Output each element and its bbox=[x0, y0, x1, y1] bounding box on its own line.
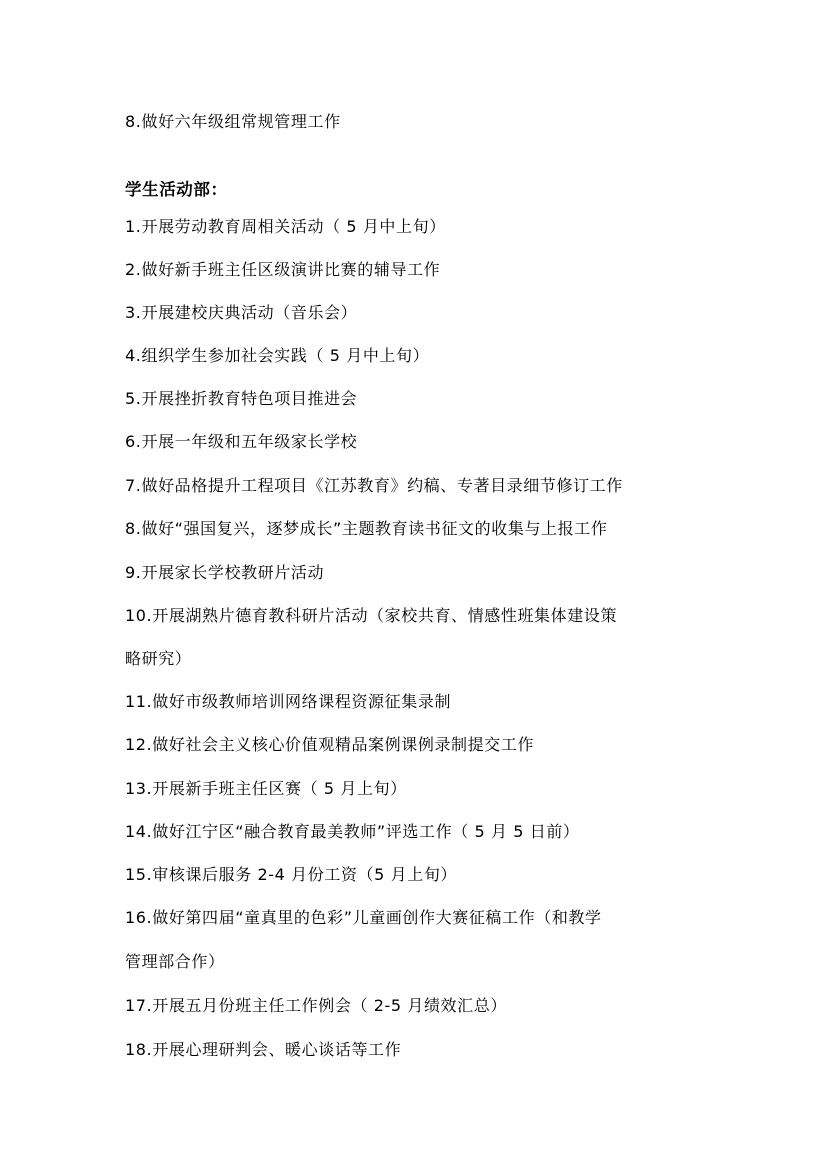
list-item: 9.开展家长学校教研片活动 bbox=[125, 563, 324, 583]
list-item: 16.做好第四届“童真里的色彩”儿童画创作大赛征稿工作（和教学 bbox=[125, 908, 602, 928]
list-item: 13.开展新手班主任区赛（ 5 月上旬） bbox=[125, 779, 407, 799]
list-item: 1.开展劳动教育周相关活动（ 5 月中上旬） bbox=[125, 217, 446, 237]
list-item: 3.开展建校庆典活动（音乐会） bbox=[125, 303, 357, 323]
list-item: 10.开展湖熟片德育教科研片活动（家校共育、情感性班集体建设策 bbox=[125, 606, 617, 626]
list-item: 2.做好新手班主任区级演讲比赛的辅导工作 bbox=[125, 260, 440, 280]
list-item: 15.审核课后服务 2-4 月份工资（5 月上旬） bbox=[125, 865, 457, 885]
list-item: 14.做好江宁区“融合教育最美教师”评选工作（ 5 月 5 日前） bbox=[125, 822, 580, 842]
prev-item-8: 8.做好六年级组常规管理工作 bbox=[125, 112, 341, 132]
list-item: 7.做好品格提升工程项目《江苏教育》约稿、专著目录细节修订工作 bbox=[125, 476, 623, 496]
section-heading: 学生活动部： bbox=[125, 180, 228, 200]
list-item: 5.开展挫折教育特色项目推进会 bbox=[125, 389, 357, 409]
list-item: 18.开展心理研判会、暖心谈话等工作 bbox=[125, 1040, 401, 1060]
list-item: 8.做好“强国复兴，逐梦成长”主题教育读书征文的收集与上报工作 bbox=[125, 519, 607, 539]
list-item-continuation: 管理部合作） bbox=[125, 952, 225, 972]
list-item-continuation: 略研究） bbox=[125, 649, 191, 669]
list-item: 17.开展五月份班主任工作例会（ 2-5 月绩效汇总） bbox=[125, 996, 507, 1016]
list-item: 4.组织学生参加社会实践（ 5 月中上旬） bbox=[125, 346, 429, 366]
list-item: 11.做好市级教师培训网络课程资源征集录制 bbox=[125, 692, 451, 712]
list-item: 6.开展一年级和五年级家长学校 bbox=[125, 432, 357, 452]
list-item: 12.做好社会主义核心价值观精品案例课例录制提交工作 bbox=[125, 735, 534, 755]
